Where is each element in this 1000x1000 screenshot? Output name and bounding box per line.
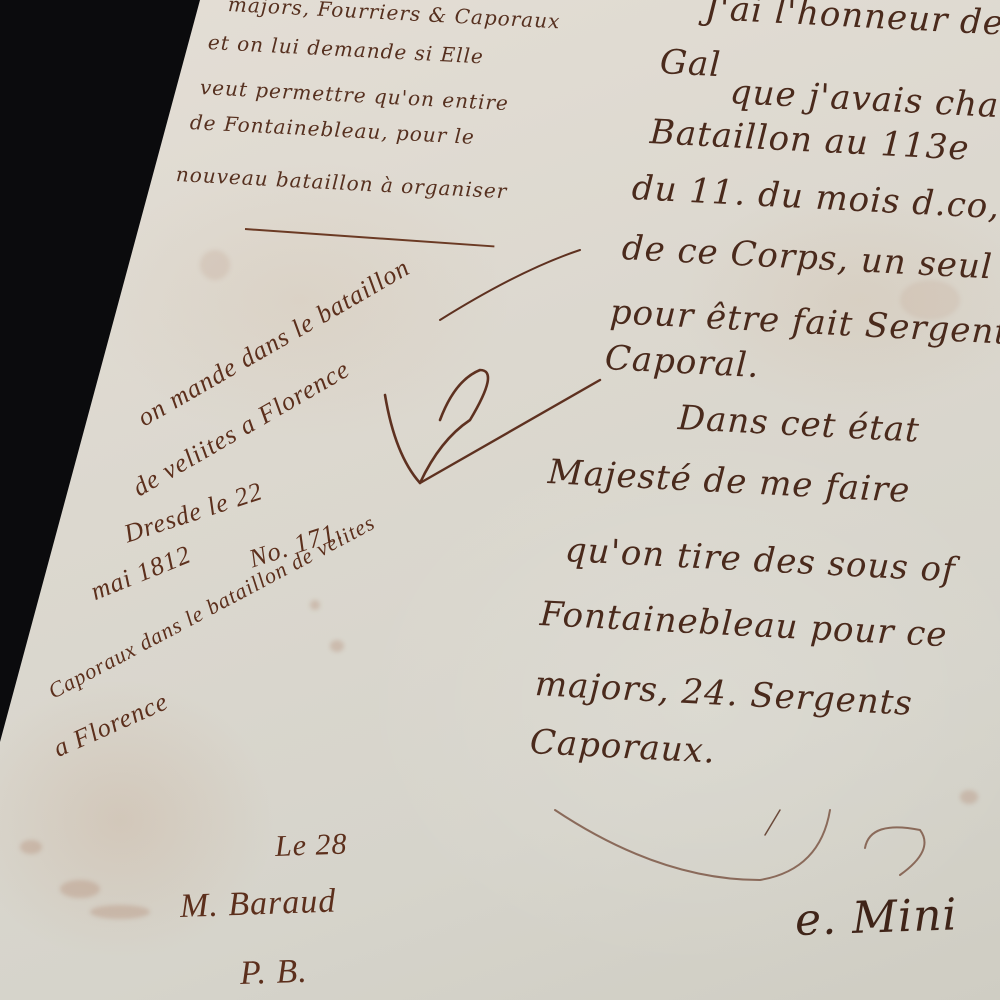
diagonal-stroke (420, 380, 600, 483)
letter-paper: majors, Fourriers & Caporaux et on lui d… (0, 0, 1000, 1000)
closing-flourish (555, 810, 830, 880)
stroke (765, 810, 780, 835)
closing-flourish (865, 827, 925, 875)
check-mark-flourish (385, 370, 488, 483)
margin-stroke (440, 250, 580, 320)
pen-flourishes (0, 0, 1000, 1000)
